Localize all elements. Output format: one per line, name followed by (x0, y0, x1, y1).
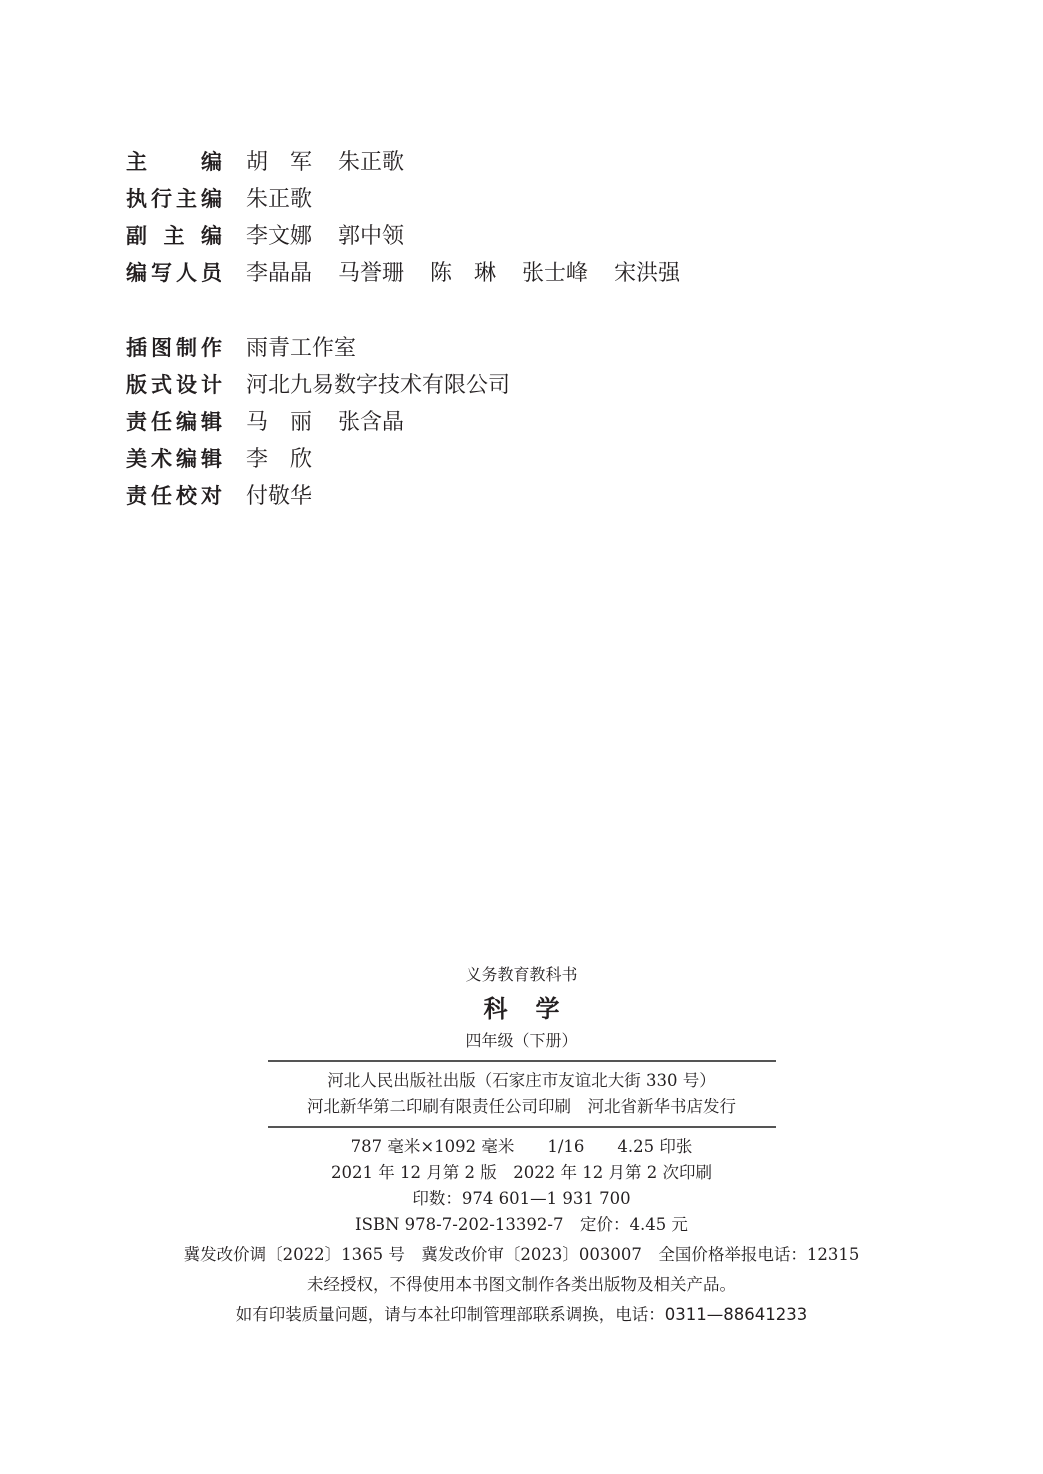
credit-values: 李文娜郭中领 (246, 219, 430, 250)
credit-row-proofreader: 责任校对 付敬华 (126, 476, 706, 513)
credit-values: 付敬华 (246, 479, 338, 510)
credit-label: 主编 (126, 146, 222, 176)
print-run: 印数：974 601—1 931 700 (0, 1186, 1043, 1212)
divider (268, 1060, 776, 1062)
credit-label: 插图制作 (126, 332, 222, 362)
format-info: 787 毫米×1092 毫米 1/16 4.25 印张 (0, 1134, 1043, 1160)
credit-values: 李晶晶马誉珊陈 琳张士峰宋洪强 (246, 256, 706, 287)
quality-notice: 如有印装质量问题，请与本社印制管理部联系调换，电话：0311—88641233 (0, 1300, 1043, 1330)
credit-row-deputy-editor: 副主编 李文娜郭中领 (126, 216, 706, 253)
credit-row-art-editor: 美术编辑 李 欣 (126, 439, 706, 476)
credit-label: 版式设计 (126, 369, 222, 399)
credit-label: 责任编辑 (126, 406, 222, 436)
colophon: 义务教育教科书 科学 四年级（下册） 河北人民出版社出版（石家庄市友谊北大街 3… (0, 962, 1043, 1330)
credit-row-writers: 编写人员 李晶晶马誉珊陈 琳张士峰宋洪强 (126, 253, 706, 290)
copyright-notice: 未经授权，不得使用本书图文制作各类出版物及相关产品。 (0, 1270, 1043, 1300)
credits-block: 主编 胡 军朱正歌 执行主编 朱正歌 副主编 李文娜郭中领 编写人员 李晶晶马誉… (126, 142, 706, 513)
grade-volume: 四年级（下册） (0, 1028, 1043, 1054)
isbn-price: ISBN 978-7-202-13392-7 定价：4.45 元 (0, 1212, 1043, 1238)
printer-distributor: 河北新华第二印刷有限责任公司印刷 河北省新华书店发行 (0, 1094, 1043, 1120)
divider (268, 1126, 776, 1128)
credit-values: 胡 军朱正歌 (246, 145, 430, 176)
credit-label: 责任校对 (126, 480, 222, 510)
credit-label: 美术编辑 (126, 443, 222, 473)
credit-values: 雨青工作室 (246, 331, 382, 362)
credit-row-layout-design: 版式设计 河北九易数字技术有限公司 (126, 365, 706, 402)
credit-row-responsible-editor: 责任编辑 马 丽张含晶 (126, 402, 706, 439)
credit-label: 副主编 (126, 220, 222, 250)
pricing-notice: 冀发改价调〔2022〕1365 号 冀发改价审〔2023〕003007 全国价格… (0, 1240, 1043, 1270)
credit-values: 马 丽张含晶 (246, 405, 430, 436)
credit-label: 编写人员 (126, 257, 222, 287)
credit-label: 执行主编 (126, 183, 222, 213)
series-name: 义务教育教科书 (0, 962, 1043, 988)
edition-info: 2021 年 12 月第 2 版 2022 年 12 月第 2 次印刷 (0, 1160, 1043, 1186)
credit-row-illustration: 插图制作 雨青工作室 (126, 328, 706, 365)
credit-values: 朱正歌 (246, 182, 338, 213)
book-title: 科学 (28, 994, 1043, 1024)
credit-row-executive-editor: 执行主编 朱正歌 (126, 179, 706, 216)
credit-values: 李 欣 (246, 442, 338, 473)
credit-values: 河北九易数字技术有限公司 (246, 368, 536, 399)
credit-row-chief-editor: 主编 胡 军朱正歌 (126, 142, 706, 179)
publisher: 河北人民出版社出版（石家庄市友谊北大街 330 号） (0, 1068, 1043, 1094)
